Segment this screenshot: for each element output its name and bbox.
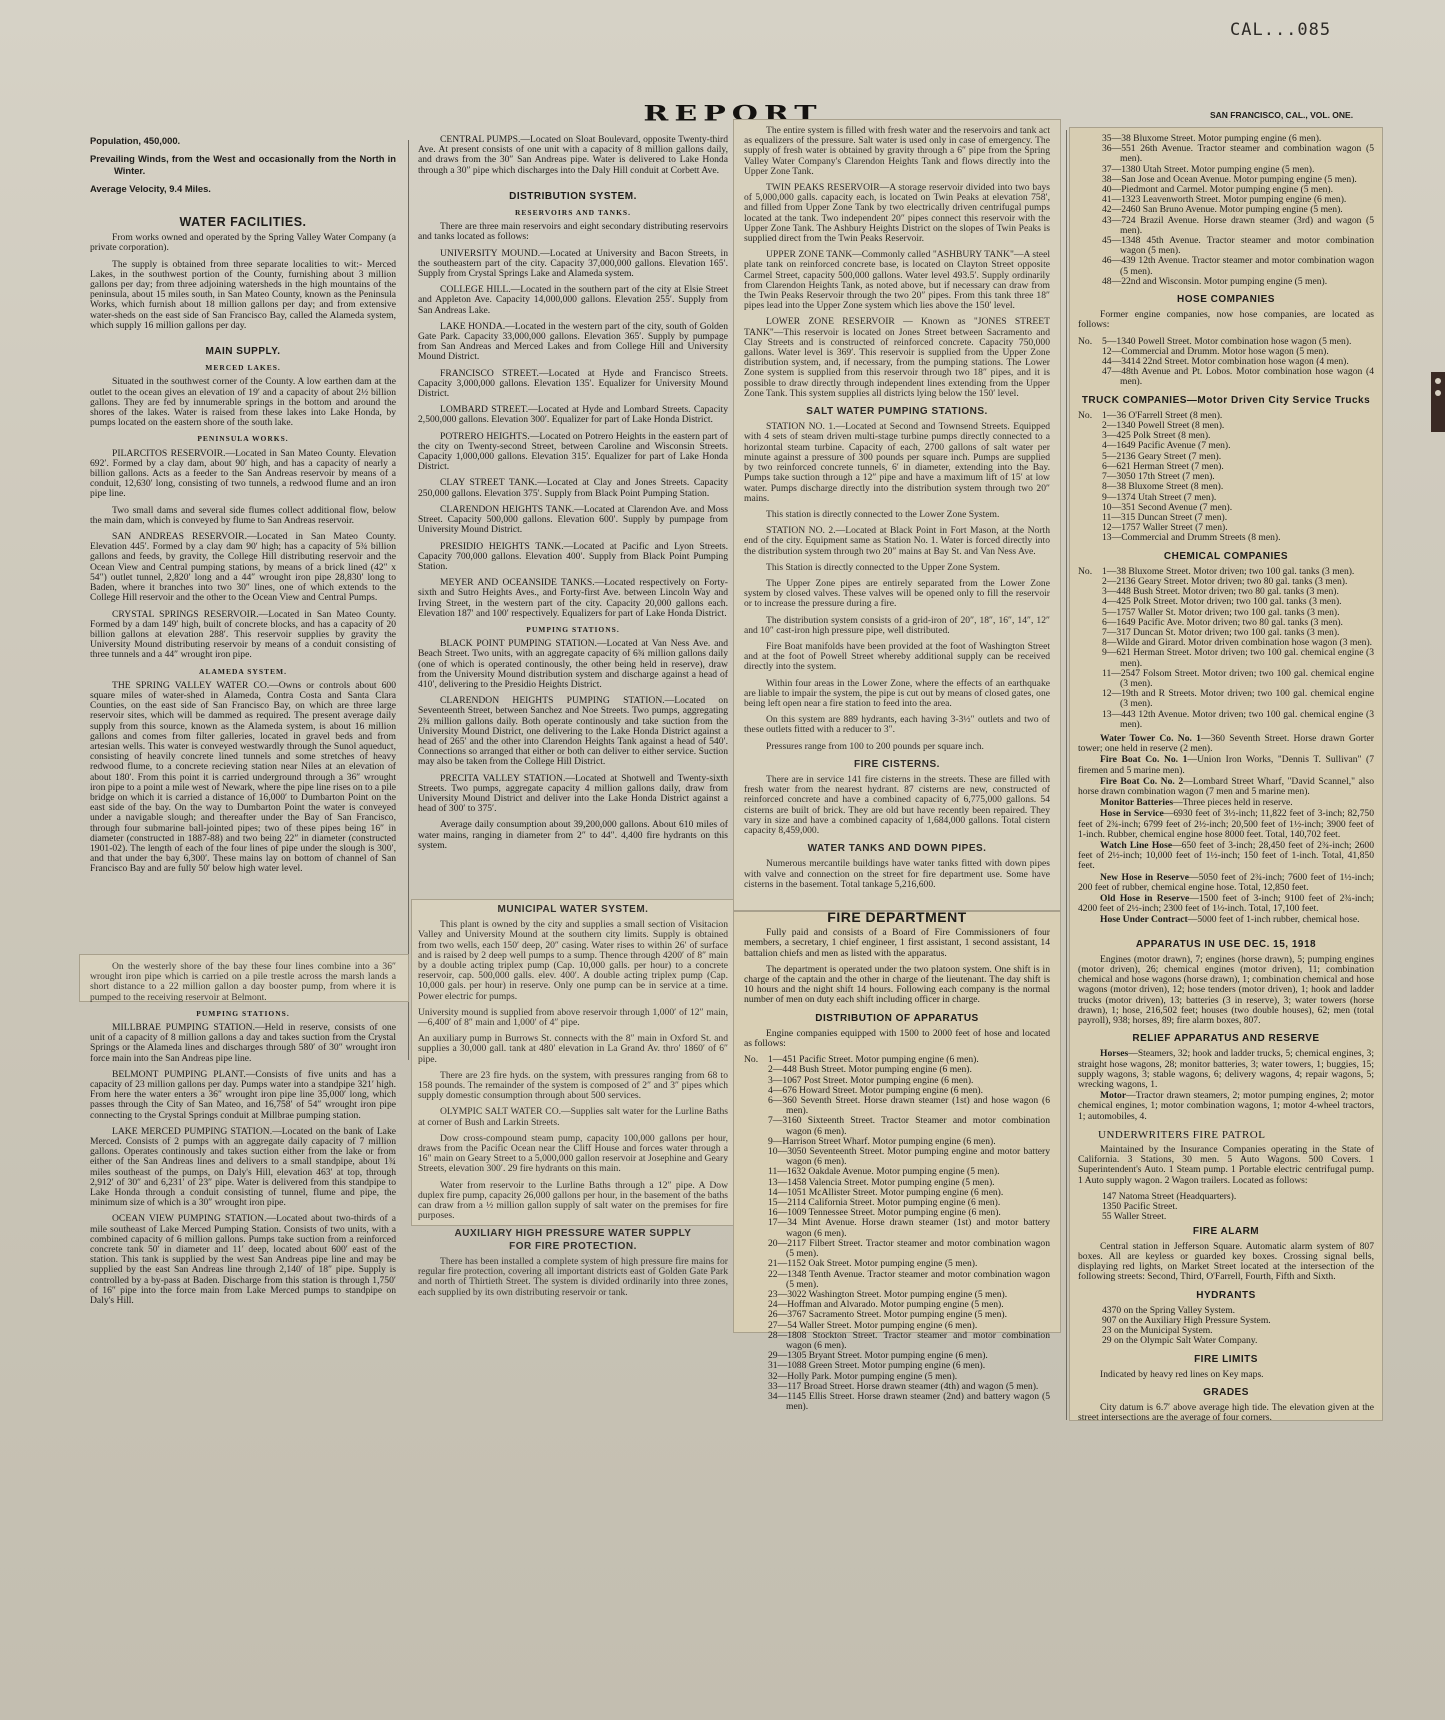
column-distribution-system: CENTRAL PUMPS.—Located on Sloat Boulevar…	[418, 135, 728, 857]
chemical-companies-list: 1—38 Bluxome Street. Motor driven; two 1…	[1078, 567, 1374, 730]
column-divider	[1066, 130, 1067, 1420]
list-item: 43—724 Brazil Avenue. Horse drawn steame…	[1078, 216, 1374, 236]
paragraph: Numerous mercantile buildings have water…	[744, 859, 1050, 890]
entry-label: Hose Under Contract	[1100, 914, 1188, 925]
paragraph: BLACK POINT PUMPING STATION.—Located at …	[418, 639, 728, 690]
catalog-stamp: CAL...085	[1230, 20, 1331, 40]
paragraph: Pressures range from 100 to 200 pounds p…	[744, 742, 1050, 752]
paragraph: UNIVERSITY MOUND.—Located at University …	[418, 249, 728, 280]
paragraph: CLARENDON HEIGHTS PUMPING STATION.—Locat…	[418, 696, 728, 767]
list-item: 13—Commercial and Drumm Streets (8 men).	[1078, 533, 1374, 543]
list-item: 46—439 12th Avenue. Tractor steamer and …	[1078, 256, 1374, 276]
paragraph: On this system are 889 hydrants, each ha…	[744, 715, 1050, 735]
paragraph: STATION NO. 1.—Located at Second and Tow…	[744, 422, 1050, 504]
column-water-facilities-cont: On the westerly shore of the bay these f…	[90, 962, 396, 1312]
truck-companies-list: 1—36 O'Farrell Street (8 men). 2—1340 Po…	[1078, 411, 1374, 544]
watch-line-hose-entry: Watch Line Hose—650 feet of 3-inch; 28,4…	[1078, 841, 1374, 872]
section-heading: AUXILIARY HIGH PRESSURE WATER SUPPLY	[418, 1229, 728, 1239]
paragraph: From works owned and operated by the Spr…	[90, 233, 396, 253]
section-heading: FOR FIRE PROTECTION.	[418, 1242, 728, 1252]
paragraph: Central station in Jefferson Square. Aut…	[1078, 1242, 1374, 1283]
paragraph: The Upper Zone pipes are entirely separa…	[744, 579, 1050, 610]
section-heading: HOSE COMPANIES	[1078, 295, 1374, 305]
paragraph: LAKE HONDA.—Located in the western part …	[418, 322, 728, 363]
list-item: 13—443 12th Avenue. Motor driven; two 10…	[1078, 710, 1374, 730]
number-label: No.	[744, 1055, 758, 1065]
paragraph: CRYSTAL SPRINGS RESERVOIR.—Located in Sa…	[90, 610, 396, 661]
section-heading: HYDRANTS	[1078, 1291, 1374, 1301]
section-heading: UNDERWRITERS FIRE PATROL	[1078, 1130, 1374, 1140]
average-velocity: Average Velocity, 9.4 Miles.	[90, 183, 396, 195]
list-item: 34—1145 Ellis Street. Horse drawn steame…	[744, 1392, 1050, 1412]
paragraph: There are 23 fire hyds. on the system, w…	[418, 1071, 728, 1102]
paragraph: PRECITA VALLEY STATION.—Located at Shotw…	[418, 774, 728, 815]
list-item: 10—3050 Seventeenth Street. Motor pumpin…	[744, 1147, 1050, 1167]
motor-entry: Motor—Tractor drawn steamers, 2; motor p…	[1078, 1091, 1374, 1122]
report-page: CAL...085 REPORT SAN FRANCISCO, CAL., VO…	[0, 0, 1445, 1720]
paragraph: TWIN PEAKS RESERVOIR—A storage reservoir…	[744, 183, 1050, 244]
list-item: 28—1808 Stockton Street. Tractor steamer…	[744, 1331, 1050, 1351]
section-heading: CHEMICAL COMPANIES	[1078, 552, 1374, 562]
paragraph: Situated in the southwest corner of the …	[90, 377, 396, 428]
paragraph: The supply is obtained from three separa…	[90, 260, 396, 331]
horses-entry: Horses—Steamers, 32; hook and ladder tru…	[1078, 1049, 1374, 1090]
section-heading: WATER FACILITIES.	[90, 217, 396, 227]
paragraph: LAKE MERCED PUMPING STATION.—Located on …	[90, 1127, 396, 1209]
subsection-heading: PENINSULA WORKS.	[90, 434, 396, 444]
section-heading: MAIN SUPPLY.	[90, 347, 396, 357]
column-municipal-water: MUNICIPAL WATER SYSTEM. This plant is ow…	[418, 905, 728, 1304]
section-heading: GRADES	[1078, 1388, 1374, 1398]
paragraph: FRANCISCO STREET.—Located at Hyde and Fr…	[418, 369, 728, 400]
list-item: 20—2117 Filbert Street. Tractor steamer …	[744, 1239, 1050, 1259]
section-heading: TRUCK COMPANIES—Motor Driven City Servic…	[1078, 396, 1374, 406]
column-fire-department: FIRE DEPARTMENT Fully paid and consists …	[744, 912, 1050, 1416]
section-heading: FIRE DEPARTMENT	[744, 912, 1050, 922]
paragraph: Two small dams and several side flumes c…	[90, 506, 396, 526]
list-item: 47—48th Avenue and Pt. Lobos. Motor comb…	[1078, 367, 1374, 387]
list-item: 26—3767 Sacramento Street. Motor pumping…	[744, 1310, 1050, 1320]
hose-in-service-entry: Hose in Service—6930 feet of 3½-inch; 11…	[1078, 809, 1374, 840]
section-heading: WATER TANKS AND DOWN PIPES.	[744, 844, 1050, 854]
section-heading: FIRE LIMITS	[1078, 1355, 1374, 1365]
subsection-heading: ALAMEDA SYSTEM.	[90, 667, 396, 677]
paragraph: SAN ANDREAS RESERVOIR.—Located in San Ma…	[90, 532, 396, 603]
paragraph: OLYMPIC SALT WATER CO.—Supplies salt wat…	[418, 1107, 728, 1127]
paragraph: An auxiliary pump in Burrows St. connect…	[418, 1034, 728, 1065]
column-fire-apparatus: 35—38 Bluxome Street. Motor pumping engi…	[1078, 134, 1374, 1430]
paragraph: There has been installed a complete syst…	[418, 1257, 728, 1298]
paragraph: Within four areas in the Lower Zone, whe…	[744, 679, 1050, 710]
entry-text: —Three pieces held in reserve.	[1173, 797, 1293, 808]
paragraph: This station is directly connected to th…	[744, 510, 1050, 520]
paragraph: OCEAN VIEW PUMPING STATION.—Located abou…	[90, 1214, 396, 1306]
column-water-facilities: Population, 450,000. Prevailing Winds, f…	[90, 135, 396, 881]
binder-tab	[1431, 372, 1445, 432]
volume-subtitle: SAN FRANCISCO, CAL., VOL. ONE.	[1210, 110, 1353, 120]
paragraph: Engine companies equipped with 1500 to 2…	[744, 1029, 1050, 1049]
subsection-heading: PUMPING STATIONS.	[418, 625, 728, 635]
section-heading: FIRE ALARM	[1078, 1227, 1374, 1237]
engine-companies-list: 1—451 Pacific Street. Motor pumping engi…	[744, 1055, 1050, 1412]
section-heading: DISTRIBUTION OF APPARATUS	[744, 1014, 1050, 1024]
list-item: 48—22nd and Wisconsin. Motor pumping eng…	[1078, 277, 1374, 287]
engine-companies-list-cont: 35—38 Bluxome Street. Motor pumping engi…	[1078, 134, 1374, 287]
list-item: 55 Waller Street.	[1102, 1212, 1374, 1222]
fire-boat-2-entry: Fire Boat Co. No. 2—Lombard Street Wharf…	[1078, 777, 1374, 797]
paragraph: CENTRAL PUMPS.—Located on Sloat Boulevar…	[418, 135, 728, 176]
paragraph: There are in service 141 fire cisterns i…	[744, 775, 1050, 836]
subsection-heading: MERCED LAKES.	[90, 363, 396, 373]
list-item: 12—19th and R Streets. Motor driven; two…	[1078, 689, 1374, 709]
hose-companies-list: 5—1340 Powell Street. Motor combination …	[1078, 337, 1374, 388]
paragraph: This Station is directly connected to th…	[744, 563, 1050, 573]
paragraph: There are three main reservoirs and eigh…	[418, 222, 728, 242]
binder-hole-icon	[1435, 390, 1441, 396]
new-hose-reserve-entry: New Hose in Reserve—5050 feet of 2¾-inch…	[1078, 873, 1374, 893]
paragraph: Fire Boat manifolds have been provided a…	[744, 642, 1050, 673]
paragraph: MILLBRAE PUMPING STATION.—Held in reserv…	[90, 1023, 396, 1064]
paragraph: STATION NO. 2.—Located at Black Point in…	[744, 526, 1050, 557]
list-item: 7—3160 Sixteenth Street. Tractor Steamer…	[744, 1116, 1050, 1136]
list-item: 6—360 Seventh Street. Horse drawn steame…	[744, 1096, 1050, 1116]
paragraph: The entire system is filled with fresh w…	[744, 126, 1050, 177]
paragraph: MEYER AND OCEANSIDE TANKS.—Located respe…	[418, 578, 728, 619]
paragraph: The department is operated under the two…	[744, 965, 1050, 1006]
paragraph: Former engine companies, now hose compan…	[1078, 310, 1374, 330]
list-item: 8—38 Bluxome Street (8 men).	[1078, 482, 1374, 492]
paragraph: Indicated by heavy red lines on Key maps…	[1078, 1370, 1374, 1380]
paragraph: CLAY STREET TANK.—Located at Clay and Jo…	[418, 478, 728, 498]
paragraph: POTRERO HEIGHTS.—Located on Potrero Heig…	[418, 432, 728, 473]
paragraph: Average daily consumption about 39,200,0…	[418, 820, 728, 851]
paragraph: Dow cross-compound steam pump, capacity …	[418, 1134, 728, 1175]
list-item: 22—1348 Tenth Avenue. Tractor steamer an…	[744, 1270, 1050, 1290]
old-hose-reserve-entry: Old Hose in Reserve—1500 feet of 3-inch;…	[1078, 894, 1374, 914]
paragraph: The distribution system consists of a gr…	[744, 616, 1050, 636]
population: Population, 450,000.	[90, 135, 396, 147]
paragraph: LOMBARD STREET.—Located at Hyde and Lomb…	[418, 405, 728, 425]
paragraph: This plant is owned by the city and supp…	[418, 920, 728, 1002]
paragraph: Engines (motor drawn), 7; engines (horse…	[1078, 955, 1374, 1026]
hydrants-list: 4370 on the Spring Valley System. 907 on…	[1078, 1306, 1374, 1347]
paragraph: Maintained by the Insurance Companies op…	[1078, 1145, 1374, 1186]
subsection-heading: RESERVOIRS AND TANKS.	[418, 208, 728, 218]
section-heading: SALT WATER PUMPING STATIONS.	[744, 407, 1050, 417]
list-item: 45—1348 45th Avenue. Tractor steamer and…	[1078, 236, 1374, 256]
section-heading: MUNICIPAL WATER SYSTEM.	[418, 905, 728, 915]
water-tower-entry: Water Tower Co. No. 1—360 Seventh Street…	[1078, 734, 1374, 754]
number-label: No.	[1078, 411, 1092, 421]
section-heading: APPARATUS IN USE DEC. 15, 1918	[1078, 940, 1374, 950]
section-heading: DISTRIBUTION SYSTEM.	[418, 192, 728, 202]
list-item: 9—621 Herman Street. Motor driven; two 1…	[1078, 648, 1374, 668]
patrol-locations: 147 Natoma Street (Headquarters). 1350 P…	[1078, 1192, 1374, 1223]
list-item: 11—2547 Folsom Street. Motor driven; two…	[1078, 669, 1374, 689]
paragraph: UPPER ZONE TANK—Commonly called "ASHBURY…	[744, 250, 1050, 311]
list-item: 4—425 Polk Street. Motor driven; two 100…	[1078, 597, 1374, 607]
paragraph: PILARCITOS RESERVOIR.—Located in San Mat…	[90, 449, 396, 500]
prevailing-winds: Prevailing Winds, from the West and occa…	[90, 153, 396, 177]
list-item: 36—551 26th Avenue. Tractor steamer and …	[1078, 144, 1374, 164]
entry-text: —5000 feet of 1-inch rubber, chemical ho…	[1188, 914, 1360, 925]
column-divider	[408, 140, 409, 1060]
list-item: 21—1152 Oak Street. Motor pumping engine…	[744, 1259, 1050, 1269]
number-label: No.	[1078, 567, 1092, 577]
paragraph: BELMONT PUMPING PLANT.—Consists of five …	[90, 1070, 396, 1121]
paragraph: City datum is 6.7′ above average high ti…	[1078, 1403, 1374, 1423]
paragraph: University mound is supplied from above …	[418, 1008, 728, 1028]
monitor-batteries-entry: Monitor Batteries—Three pieces held in r…	[1078, 798, 1374, 808]
entry-label: Monitor Batteries	[1100, 797, 1173, 808]
paragraph: On the westerly shore of the bay these f…	[90, 962, 396, 1003]
column-high-pressure: The entire system is filled with fresh w…	[744, 126, 1050, 896]
paragraph: Fully paid and consists of a Board of Fi…	[744, 928, 1050, 959]
binder-hole-icon	[1435, 378, 1441, 384]
paragraph: PRESIDIO HEIGHTS TANK.—Located at Pacifi…	[418, 542, 728, 573]
section-heading: FIRE CISTERNS.	[744, 760, 1050, 770]
paragraph: CLARENDON HEIGHTS TANK.—Located at Clare…	[418, 505, 728, 536]
section-heading: RELIEF APPARATUS AND RESERVE	[1078, 1034, 1374, 1044]
paragraph: Water from reservoir to the Lurline Bath…	[418, 1181, 728, 1222]
number-label: No.	[1078, 337, 1092, 347]
paragraph: COLLEGE HILL.—Located in the southern pa…	[418, 285, 728, 316]
hose-under-contract-entry: Hose Under Contract—5000 feet of 1-inch …	[1078, 915, 1374, 925]
list-item: 31—1088 Green Street. Motor pumping engi…	[744, 1361, 1050, 1371]
paragraph: LOWER ZONE RESERVOIR — Known as "JONES S…	[744, 317, 1050, 399]
subsection-heading: PUMPING STATIONS.	[90, 1009, 396, 1019]
list-item: 29 on the Olympic Salt Water Company.	[1102, 1336, 1374, 1346]
fire-boat-1-entry: Fire Boat Co. No. 1—Union Iron Works, "D…	[1078, 755, 1374, 775]
list-item: 17—34 Mint Avenue. Horse drawn steamer (…	[744, 1218, 1050, 1238]
paragraph: THE SPRING VALLEY WATER CO.—Owns or cont…	[90, 681, 396, 875]
